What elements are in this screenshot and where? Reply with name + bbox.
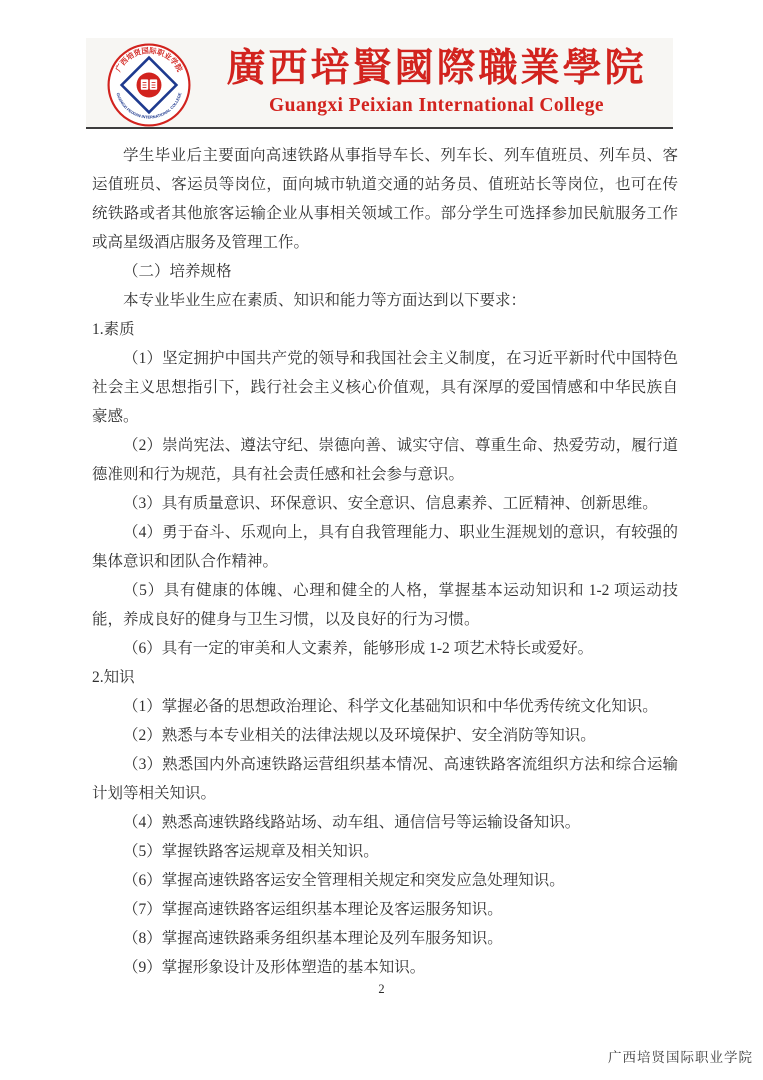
paragraph: （5）掌握铁路客运规章及相关知识。	[92, 837, 678, 866]
paragraph: （1）掌握必备的思想政治理论、科学文化基础知识和中华优秀传统文化知识。	[92, 692, 678, 721]
paragraph: （5）具有健康的体魄、心理和健全的人格，掌握基本运动知识和 1-2 项运动技能，…	[92, 576, 678, 634]
college-title-chinese: 廣西培賢國際職業學院	[204, 42, 669, 94]
footer-watermark: 广西培贤国际职业学院	[608, 1046, 753, 1066]
paragraph: （6）具有一定的审美和人文素养，能够形成 1-2 项艺术特长或爱好。	[92, 634, 678, 663]
paragraph: （4）勇于奋斗、乐观向上，具有自我管理能力、职业生涯规划的意识，有较强的集体意识…	[92, 518, 678, 576]
college-title-english: Guangxi Peixian International College	[204, 94, 669, 118]
paragraph: （2）崇尚宪法、遵法守纪、崇德向善、诚实守信、尊重生命、热爱劳动，履行道德准则和…	[92, 431, 678, 489]
paragraph: 本专业毕业生应在素质、知识和能力等方面达到以下要求：	[92, 286, 678, 315]
college-seal-icon: 广西培贤国际职业学院 GUANGXI PEIXIAN INTERNATIONAL…	[106, 42, 192, 128]
document-body: 学生毕业后主要面向高速铁路从事指导车长、列车长、列车值班员、列车员、客运值班员、…	[92, 141, 678, 982]
paragraph: （2）熟悉与本专业相关的法律法规以及环境保护、安全消防等知识。	[92, 721, 678, 750]
college-logo: 广西培贤国际职业学院 GUANGXI PEIXIAN INTERNATIONAL…	[106, 42, 192, 126]
paragraph: （1）坚定拥护中国共产党的领导和我国社会主义制度，在习近平新时代中国特色社会主义…	[92, 344, 678, 431]
paragraph: 1.素质	[92, 315, 678, 344]
paragraph: （9）掌握形象设计及形体塑造的基本知识。	[92, 953, 678, 982]
paragraph: （3）熟悉国内外高速铁路运营组织基本情况、高速铁路客流组织方法和综合运输计划等相…	[92, 750, 678, 808]
paragraph: 学生毕业后主要面向高速铁路从事指导车长、列车长、列车值班员、列车员、客运值班员、…	[92, 141, 678, 257]
page-number: 2	[0, 982, 763, 997]
paragraph: （6）掌握高速铁路客运安全管理相关规定和突发应急处理知识。	[92, 866, 678, 895]
college-titles: 廣西培賢國際職業學院 Guangxi Peixian International…	[204, 42, 669, 118]
paragraph: （8）掌握高速铁路乘务组织基本理论及列车服务知识。	[92, 924, 678, 953]
paragraph: 2.知识	[92, 663, 678, 692]
paragraph: （二）培养规格	[92, 257, 678, 286]
paragraph: （4）熟悉高速铁路线路站场、动车组、通信信号等运输设备知识。	[92, 808, 678, 837]
college-header-banner: 广西培贤国际职业学院 GUANGXI PEIXIAN INTERNATIONAL…	[86, 38, 673, 129]
document-page: 广西培贤国际职业学院 GUANGXI PEIXIAN INTERNATIONAL…	[0, 0, 763, 1080]
paragraph: （3）具有质量意识、环保意识、安全意识、信息素养、工匠精神、创新思维。	[92, 489, 678, 518]
paragraph: （7）掌握高速铁路客运组织基本理论及客运服务知识。	[92, 895, 678, 924]
